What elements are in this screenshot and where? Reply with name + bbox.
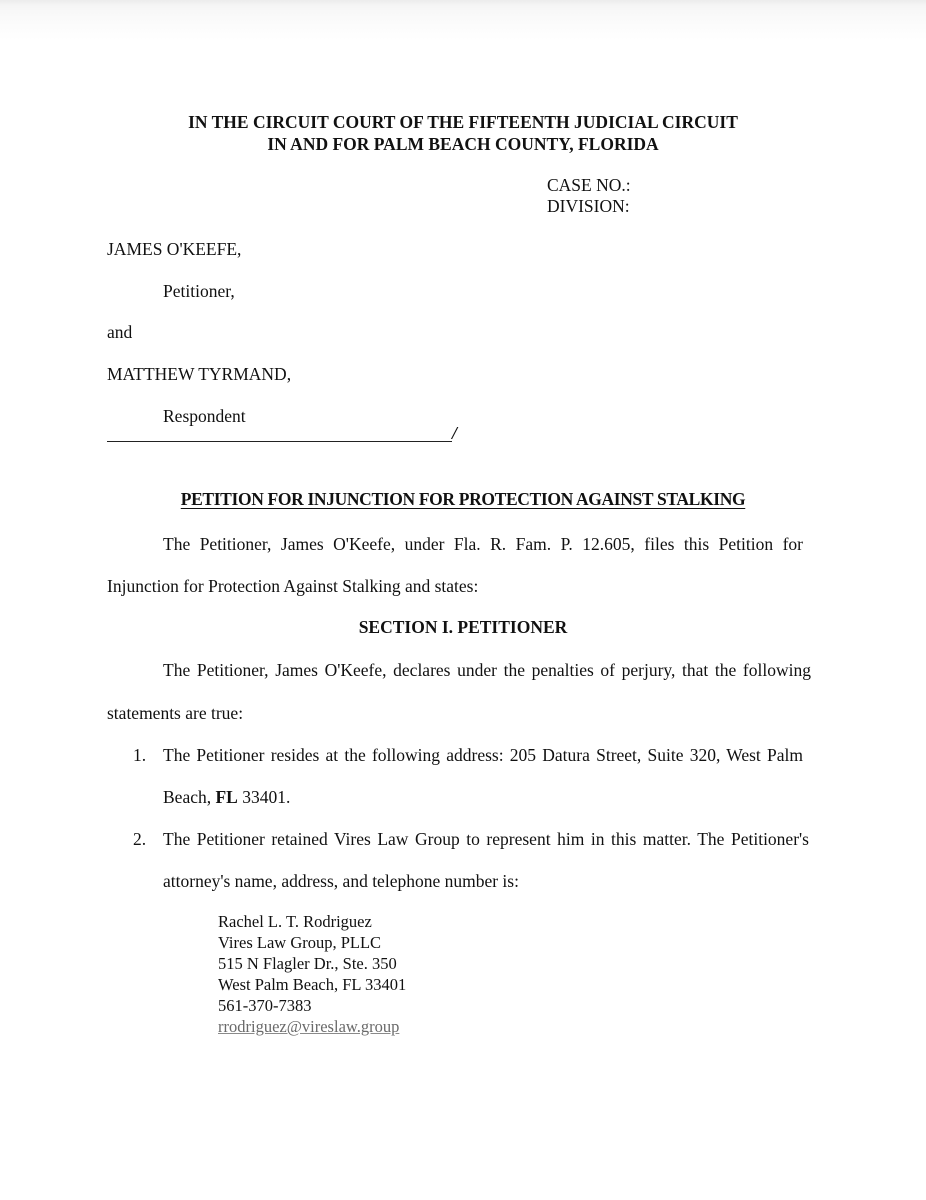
court-name-line-2: IN AND FOR PALM BEACH COUNTY, FLORIDA	[0, 133, 926, 155]
declaration-line-2: statements are true:	[107, 702, 243, 724]
list-item-line-1: The Petitioner resides at the following …	[163, 744, 803, 766]
case-number-label: CASE NO.:	[547, 175, 631, 196]
attorney-name: Rachel L. T. Rodriguez	[218, 911, 372, 933]
declaration-line-1: The Petitioner, James O'Keefe, declares …	[163, 659, 811, 681]
address-state: FL	[215, 787, 237, 807]
list-item-line-1: The Petitioner retained Vires Law Group …	[163, 828, 809, 850]
intro-paragraph-line-1: The Petitioner, James O'Keefe, under Fla…	[163, 533, 803, 555]
court-name-line-1: IN THE CIRCUIT COURT OF THE FIFTEENTH JU…	[0, 111, 926, 133]
respondent-name: MATTHEW TYRMAND,	[107, 363, 291, 385]
attorney-email-link[interactable]: rrodriguez@vireslaw.group	[218, 1016, 399, 1038]
division-label: DIVISION:	[547, 196, 630, 217]
respondent-role: Respondent	[163, 405, 246, 427]
document-title: PETITION FOR INJUNCTION FOR PROTECTION A…	[0, 489, 926, 510]
list-item-number: 1.	[133, 744, 146, 766]
list-item-line-2: attorney's name, address, and telephone …	[163, 870, 519, 892]
attorney-city-state-zip: West Palm Beach, FL 33401	[218, 974, 406, 996]
list-item-number: 2.	[133, 828, 146, 850]
attorney-street: 515 N Flagler Dr., Ste. 350	[218, 953, 397, 975]
address-city: Beach,	[163, 787, 215, 807]
section-heading: SECTION I. PETITIONER	[0, 617, 926, 638]
caption-conjunction: and	[107, 321, 132, 343]
intro-paragraph-line-2: Injunction for Protection Against Stalki…	[107, 575, 478, 597]
page-top-shadow	[0, 0, 926, 40]
attorney-phone: 561-370-7383	[218, 995, 312, 1017]
petitioner-role: Petitioner,	[163, 280, 235, 302]
attorney-firm: Vires Law Group, PLLC	[218, 932, 381, 954]
address-zip: 33401.	[238, 787, 291, 807]
caption-end-slash: /	[452, 423, 457, 444]
list-item-line-2: Beach, FL 33401.	[163, 786, 290, 808]
caption-divider-line	[107, 441, 452, 442]
petitioner-name: JAMES O'KEEFE,	[107, 238, 241, 260]
